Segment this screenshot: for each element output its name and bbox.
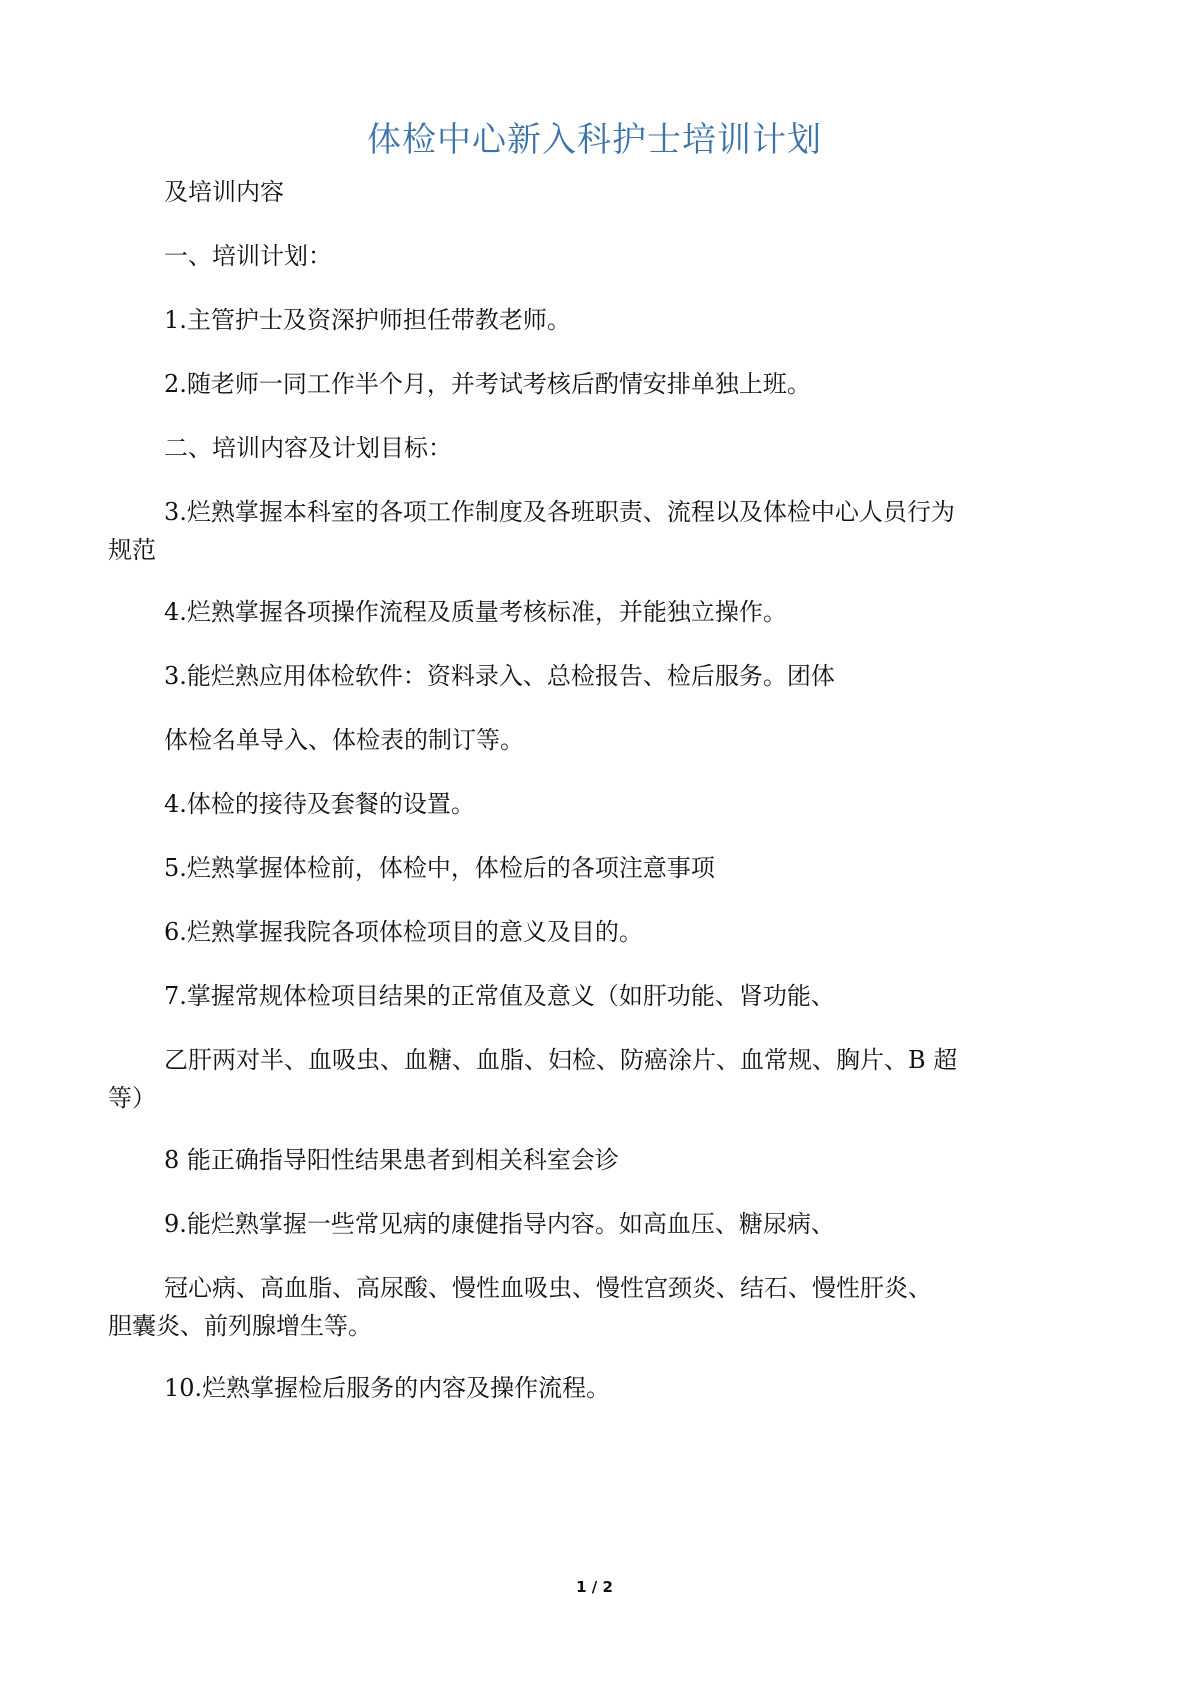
paragraph: 冠心病、高血脂、高尿酸、慢性血吸虫、慢性宫颈炎、结石、慢性肝炎、 [164, 1274, 932, 1302]
paragraph: 规范 [108, 536, 156, 564]
paragraph: 及培训内容 [164, 178, 284, 206]
paragraph: 8 能正确指导阳性结果患者到相关科室会诊 [164, 1146, 619, 1174]
paragraph: 等） [108, 1084, 156, 1112]
document-title: 体检中心新入科护士培训计划 [0, 112, 1189, 161]
paragraph: 3.烂熟掌握本科室的各项工作制度及各班职责、流程以及体检中心人员行为 [164, 498, 955, 526]
paragraph: 胆囊炎、前列腺增生等。 [108, 1312, 372, 1340]
paragraph: 乙肝两对半、血吸虫、血糖、血脂、妇检、防癌涂片、血常规、胸片、B 超 [164, 1046, 957, 1074]
page-number: 1 / 2 [0, 1578, 1189, 1596]
paragraph: 体检名单导入、体检表的制订等。 [164, 726, 524, 754]
section-heading: 一、培训计划： [164, 242, 332, 270]
paragraph: 6.烂熟掌握我院各项体检项目的意义及目的。 [164, 918, 643, 946]
paragraph: 3.能烂熟应用体检软件：资料录入、总检报告、检后服务。团体 [164, 662, 835, 690]
paragraph: 10.烂熟掌握检后服务的内容及操作流程。 [164, 1374, 610, 1402]
paragraph: 1.主管护士及资深护师担任带教老师。 [164, 306, 571, 334]
paragraph: 9.能烂熟掌握一些常见病的康健指导内容。如高血压、糖尿病、 [164, 1210, 835, 1238]
section-heading: 二、培训内容及计划目标： [164, 434, 452, 462]
paragraph: 4.烂熟掌握各项操作流程及质量考核标准，并能独立操作。 [164, 598, 787, 626]
paragraph: 7.掌握常规体检项目结果的正常值及意义（如肝功能、肾功能、 [164, 982, 835, 1010]
paragraph: 4.体检的接待及套餐的设置。 [164, 790, 475, 818]
paragraph: 5.烂熟掌握体检前，体检中，体检后的各项注意事项 [164, 854, 715, 882]
paragraph: 2.随老师一同工作半个月，并考试考核后酌情安排单独上班。 [164, 370, 811, 398]
